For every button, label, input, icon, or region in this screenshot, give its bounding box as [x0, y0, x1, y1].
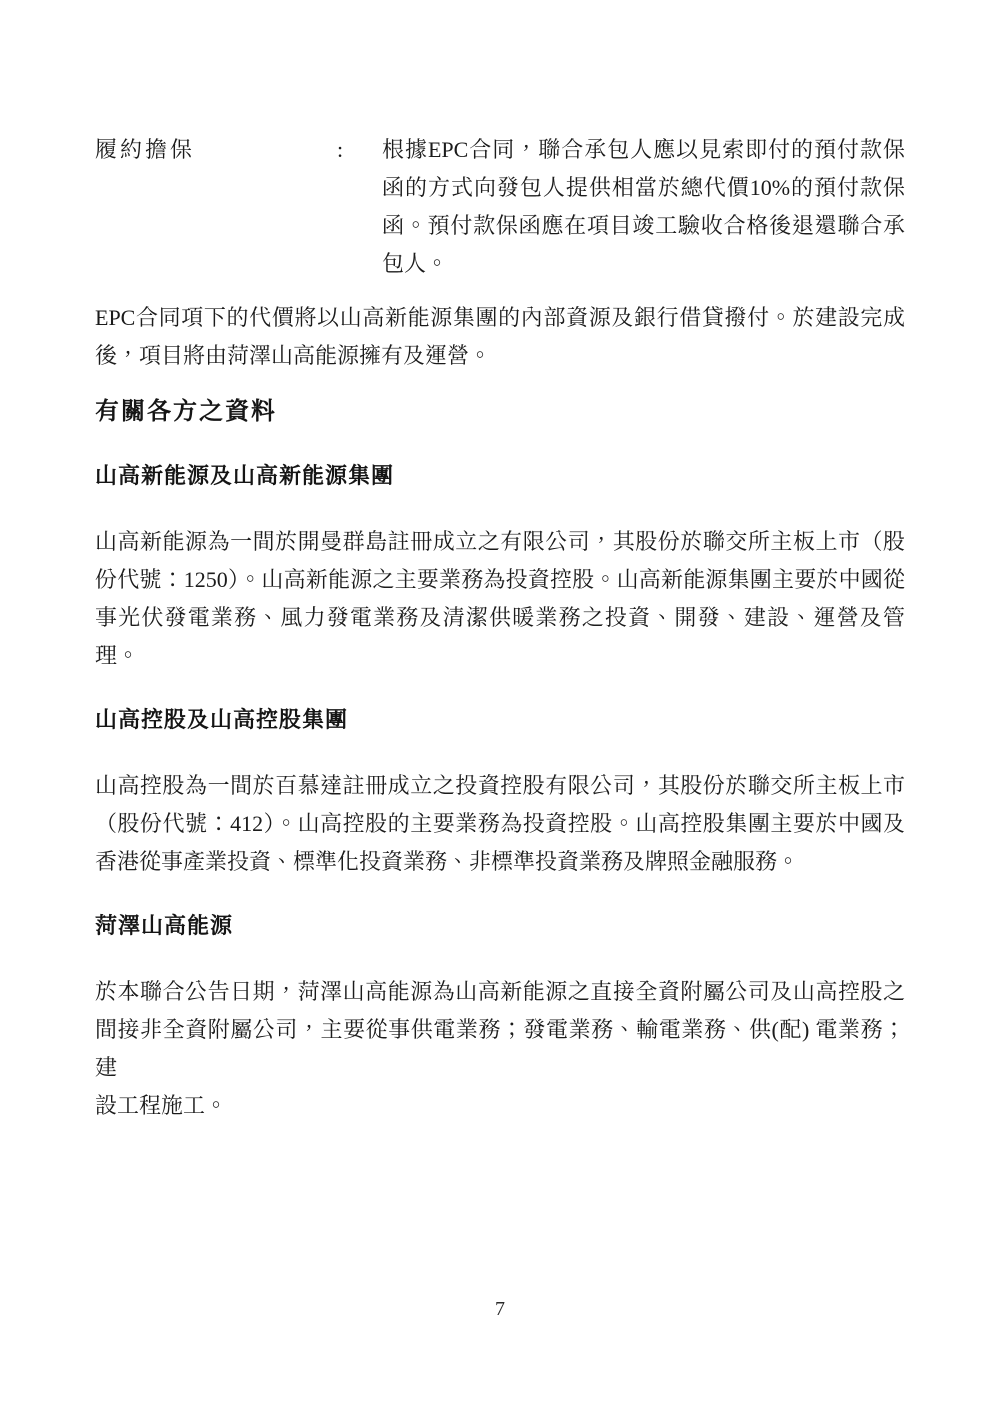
text-line: 山高控股為一間於百慕達註冊成立之投資控股有限公司，其股份於聯交所主板上市	[95, 767, 905, 805]
guarantee-separator: :	[337, 131, 382, 169]
section-title-parties-info: 有關各方之資料	[95, 393, 905, 431]
text-line: 間接非全資附屬公司，主要從事供電業務；發電業務、輸電業務、供(配) 電業務；建	[95, 1011, 905, 1087]
subsection-paragraph-sdhg-holdings: 山高控股為一間於百慕達註冊成立之投資控股有限公司，其股份於聯交所主板上市（股份代…	[95, 767, 905, 881]
subsection-heading-sdhg-new-energy: 山高新能源及山高新能源集團	[95, 457, 905, 495]
text-line: 於本聯合公告日期，菏澤山高能源為山高新能源之直接全資附屬公司及山高控股之	[95, 973, 905, 1011]
text-line: （股份代號：412）。山高控股的主要業務為投資控股。山高控股集團主要於中國及	[95, 805, 905, 843]
subsection-heading-sdhg-holdings: 山高控股及山高控股集團	[95, 701, 905, 739]
guarantee-term-label: 履約擔保	[95, 131, 337, 169]
document-page: 履約擔保 : 根據EPC合同，聯合承包人應以見索即付的預付款保函的方式向發包人提…	[0, 0, 1000, 1414]
text-line: 後，項目將由菏澤山高能源擁有及運營。	[95, 337, 905, 375]
text-line: 份代號：1250）。山高新能源之主要業務為投資控股。山高新能源集團主要於中國從	[95, 561, 905, 599]
funding-paragraph: EPC合同項下的代價將以山高新能源集團的內部資源及銀行借貸撥付。於建設完成後，項…	[95, 299, 905, 375]
text-line: 山高新能源為一間於開曼群島註冊成立之有限公司，其股份於聯交所主板上市（股	[95, 523, 905, 561]
performance-guarantee-block: 履約擔保 : 根據EPC合同，聯合承包人應以見索即付的預付款保函的方式向發包人提…	[95, 131, 905, 283]
text-line: 函。預付款保函應在項目竣工驗收合格後退還聯合承	[382, 207, 905, 245]
text-line: 包人。	[382, 245, 905, 283]
text-line: EPC合同項下的代價將以山高新能源集團的內部資源及銀行借貸撥付。於建設完成	[95, 299, 905, 337]
text-line: 函的方式向發包人提供相當於總代價10%的預付款保	[382, 169, 905, 207]
page-content: 履約擔保 : 根據EPC合同，聯合承包人應以見索即付的預付款保函的方式向發包人提…	[95, 131, 905, 1125]
text-line: 事光伏發電業務、風力發電業務及清潔供暖業務之投資、開發、建設、運營及管理。	[95, 599, 905, 675]
guarantee-description: 根據EPC合同，聯合承包人應以見索即付的預付款保函的方式向發包人提供相當於總代價…	[382, 131, 905, 283]
subsection-paragraph-sdhg-new-energy: 山高新能源為一間於開曼群島註冊成立之有限公司，其股份於聯交所主板上市（股份代號：…	[95, 523, 905, 675]
text-line: 根據EPC合同，聯合承包人應以見索即付的預付款保	[382, 131, 905, 169]
subsection-heading-heze-sdhg-energy: 菏澤山高能源	[95, 907, 905, 945]
page-number: 7	[0, 1296, 1000, 1322]
text-line: 香港從事產業投資、標準化投資業務、非標準投資業務及牌照金融服務。	[95, 843, 905, 881]
text-line: 設工程施工。	[95, 1087, 905, 1125]
subsection-paragraph-heze-sdhg-energy: 於本聯合公告日期，菏澤山高能源為山高新能源之直接全資附屬公司及山高控股之間接非全…	[95, 973, 905, 1125]
